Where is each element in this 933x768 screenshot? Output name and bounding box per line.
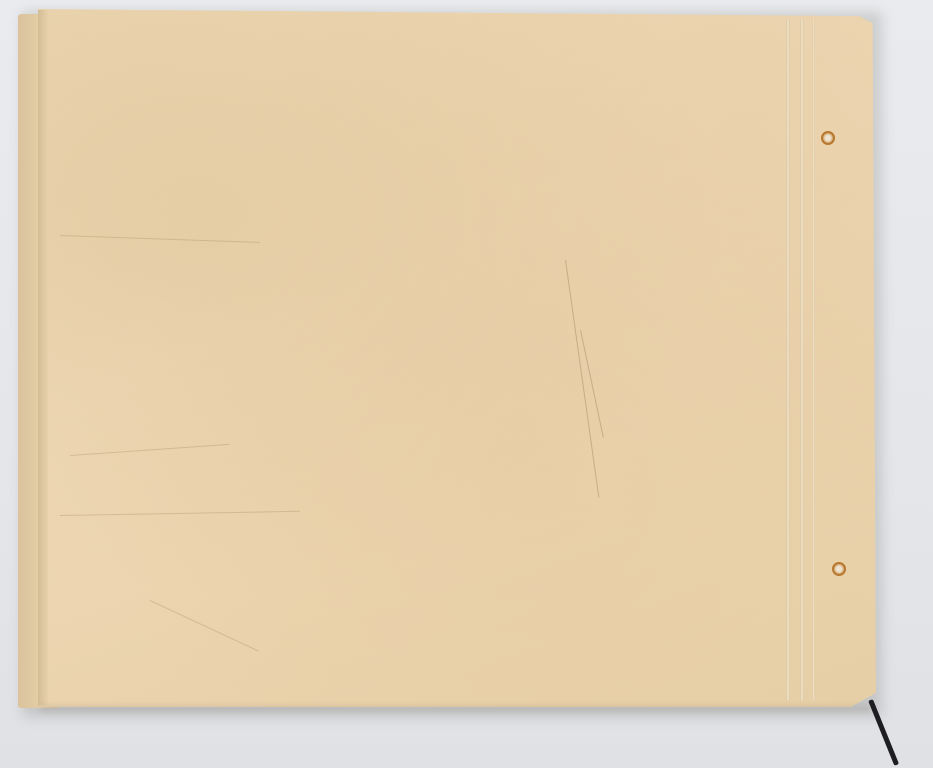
album-bottom-shadow bbox=[40, 706, 870, 712]
brass-eyelet-icon bbox=[821, 131, 835, 145]
black-cord bbox=[868, 699, 899, 766]
album-cover bbox=[38, 2, 876, 707]
hinge-groove bbox=[786, 20, 790, 700]
brass-eyelet-icon bbox=[832, 562, 846, 576]
hinge-groove bbox=[800, 20, 804, 700]
cover-left-edge bbox=[38, 10, 48, 705]
hinge-groove bbox=[812, 20, 815, 700]
